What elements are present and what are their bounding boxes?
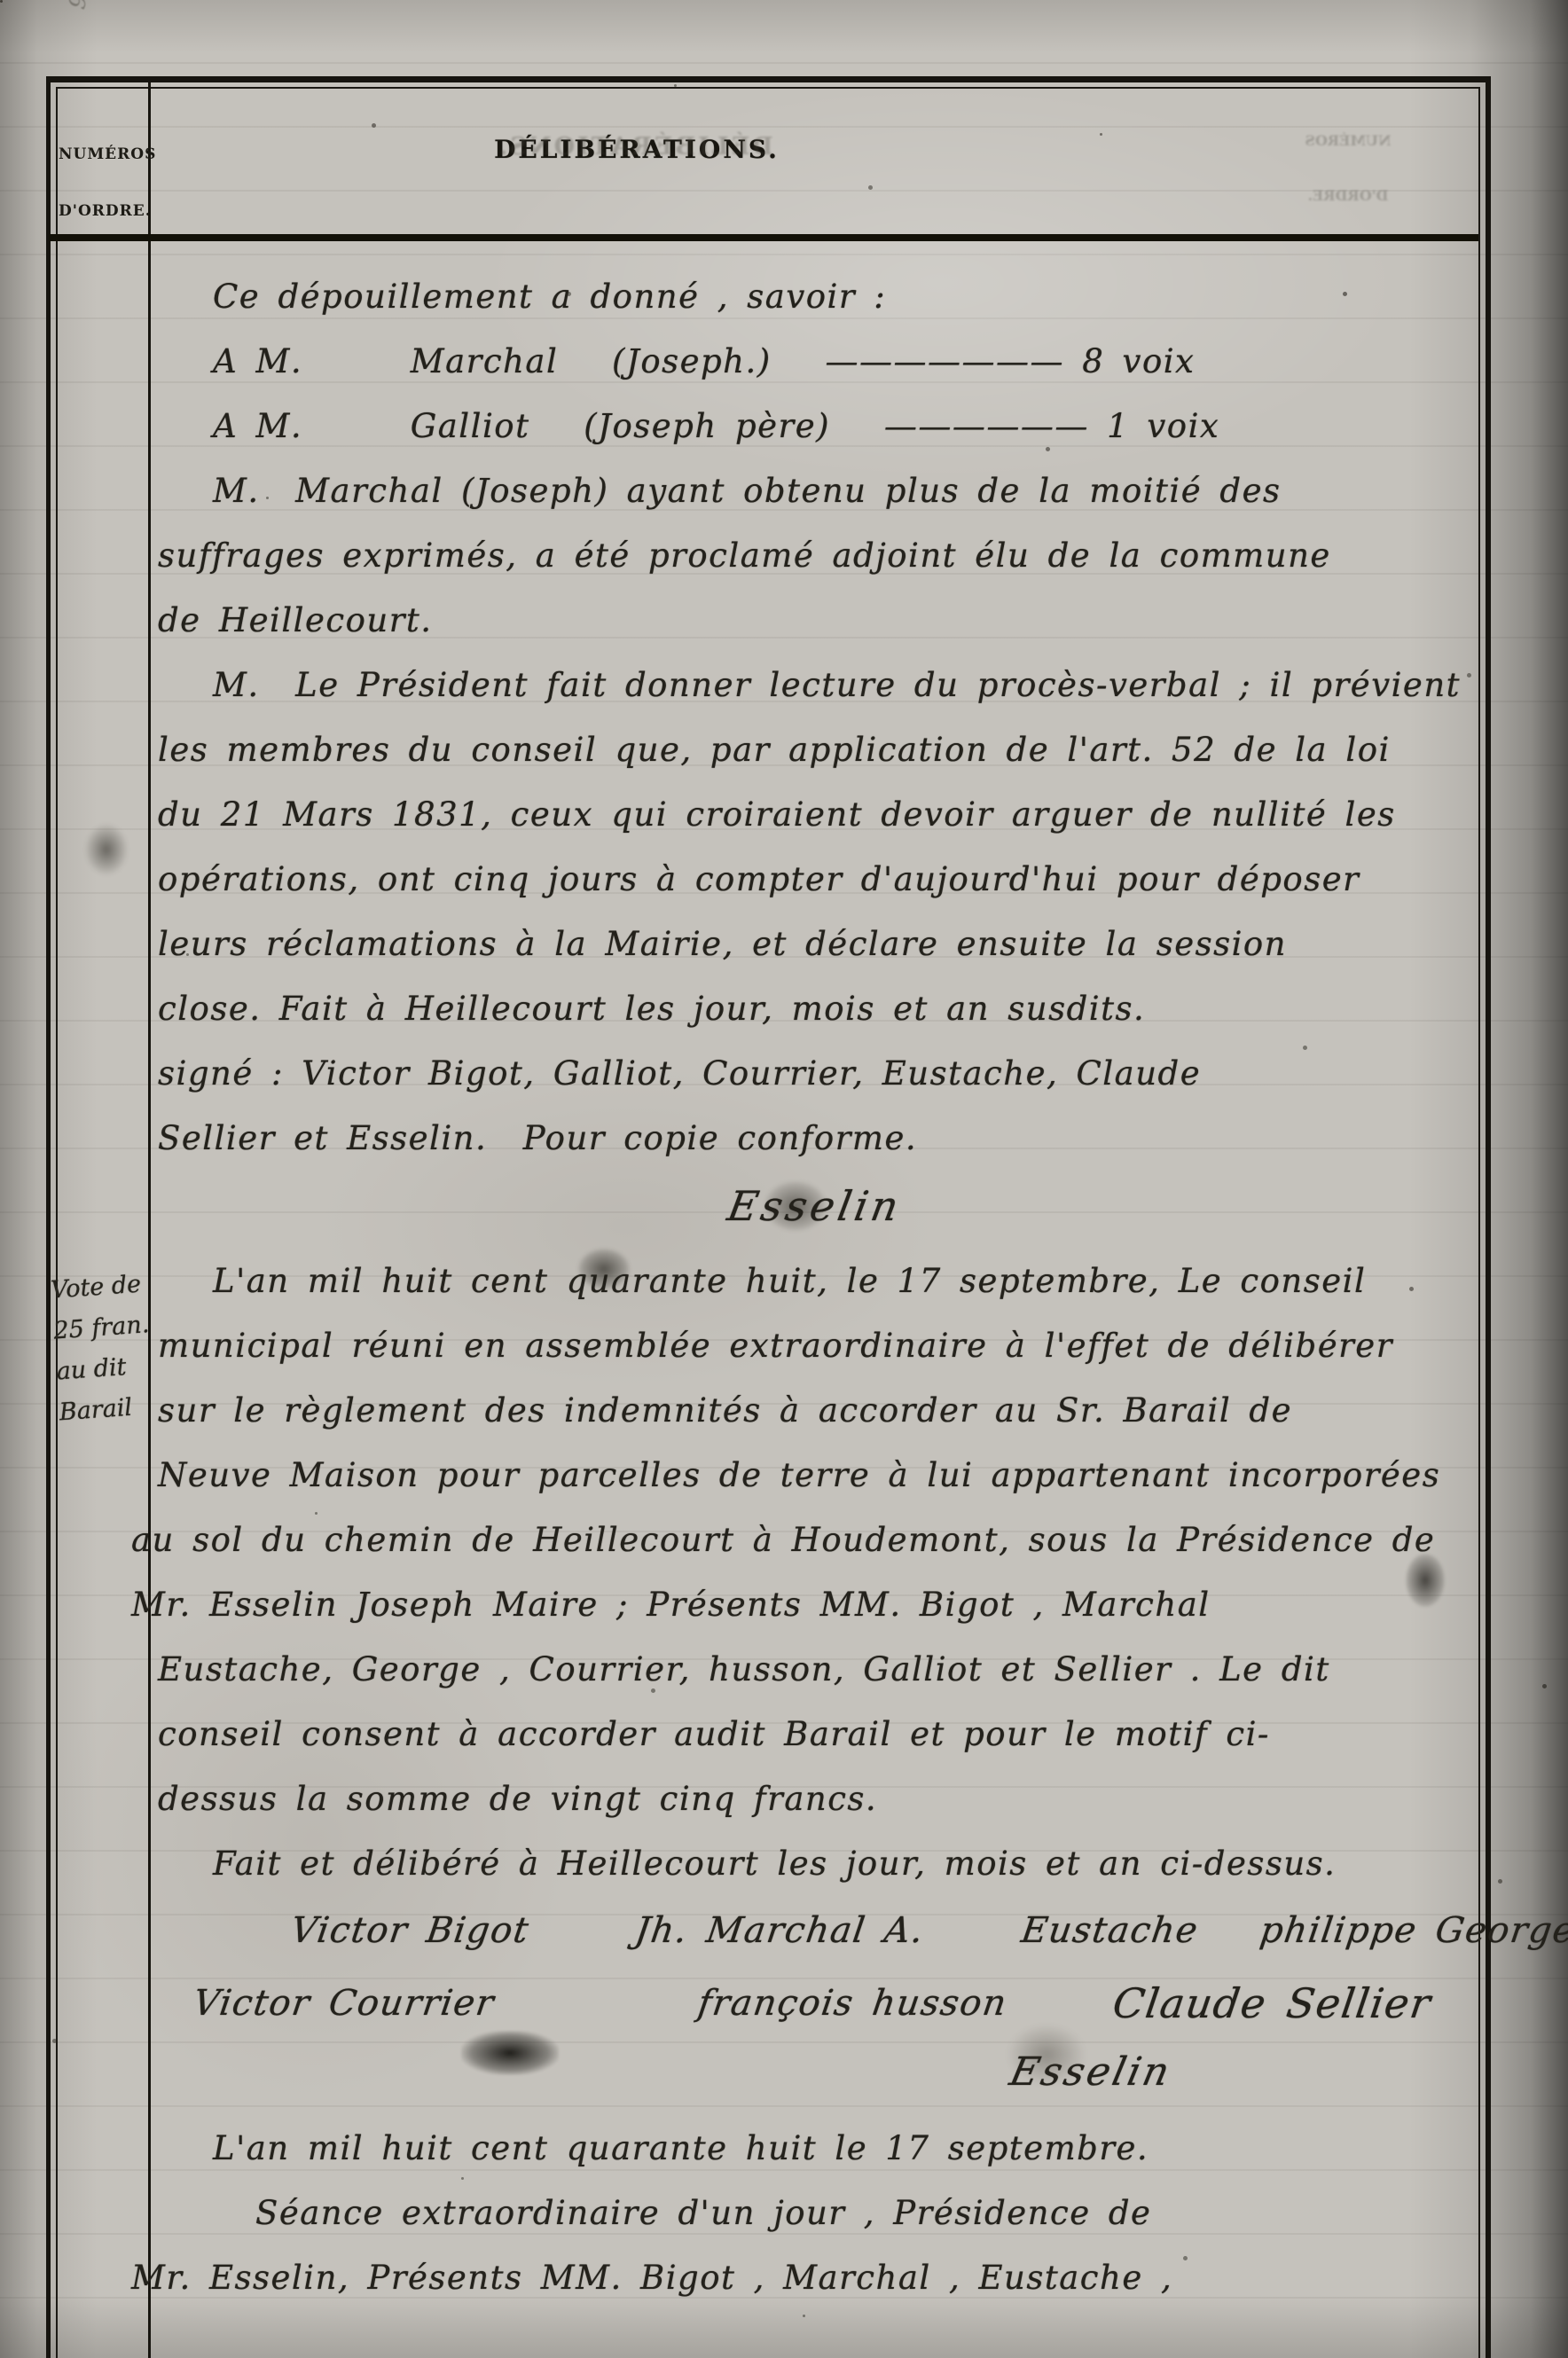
signature-francois-husson: françois husson [693,1969,1012,2041]
signature-row-2: Victor Courrier françois husson Claude S… [153,1969,1476,2041]
manuscript-line: les membres du conseil que, par applicat… [158,717,1470,782]
manuscript-line: Neuve Maison pour parcelles de terre à l… [158,1443,1470,1508]
bleedthrough-title: DÉLIBÉRATIONS. [497,133,773,161]
manuscript-line: M. Le Président fait donner lecture du p… [158,653,1470,717]
manuscript-line: dessus la somme de vingt cinq francs. [158,1767,1470,1831]
manuscript-line: Ce dépouillement a donné , savoir : [158,264,1470,329]
manuscript-line: Mr. Esselin, Présents MM. Bigot , Marcha… [131,2245,1470,2310]
ink-stain [84,823,129,876]
paper-specks [0,0,3,3]
manuscript-line: leurs réclamations à la Mairie, et décla… [158,912,1470,976]
manuscript-line: opérations, ont cinq jours à compter d'a… [158,847,1470,912]
order-column-header-line1: NUMÉROS [59,126,147,183]
manuscript-line: municipal réuni en assemblée extraordina… [158,1313,1470,1378]
signature-marchal: Jh. Marchal A. [631,1896,929,1969]
manuscript-line: Mr. Esselin Joseph Maire ; Présents MM. … [131,1572,1470,1637]
ink-stain [461,2031,559,2075]
manuscript-line: suffrages exprimés, a été proclamé adjoi… [158,523,1470,588]
register-page: 9e feuillet. NUMÉROS D'ORDRE. DÉLIBÉRATI… [0,0,1568,2358]
signature-eustache: Eustache [1016,1896,1203,1969]
ink-stain [1406,1554,1445,1607]
order-column-divider [148,82,151,2358]
manuscript-line: M. Marchal (Joseph) ayant obtenu plus de… [158,458,1470,523]
ink-stain [578,1249,630,1289]
header-bottom-rule [49,234,1478,241]
corner-folio-note: 9e feuillet. [64,0,120,12]
ink-stain [764,1181,827,1231]
manuscript-line: de Heillecourt. [158,588,1470,653]
bleedthrough-column-header: NUMÉROS D'ORDRE. [1277,114,1419,223]
signature-victor-bigot: Victor Bigot [286,1896,534,1969]
manuscript-line: Fait et délibéré à Heillecourt les jour,… [158,1831,1470,1896]
signature-esselin-final: Esselin [150,2041,1478,2116]
signature-philippe-george: philippe George [1255,1896,1568,1969]
signature-claude-sellier: Claude Sellier [1108,1969,1436,2041]
order-column-header: NUMÉROS D'ORDRE. [59,126,147,239]
manuscript-line: L'an mil huit cent quarante huit le 17 s… [158,2116,1470,2181]
manuscript-body: Ce dépouillement a donné , savoir : A M.… [158,264,1470,2310]
manuscript-line: A M. Marchal (Joseph.) ——————— 8 voix [158,329,1470,394]
signature-victor-courrier: Victor Courrier [188,1969,499,2041]
margin-note: Vote de 25 fran. au dit Barail [50,1263,176,1434]
order-column-header-line2: D'ORDRE. [59,183,147,239]
manuscript-line: L'an mil huit cent quarante huit, le 17 … [158,1249,1470,1313]
ink-stain [1007,2024,1086,2086]
manuscript-line: signé : Victor Bigot, Galliot, Courrier,… [158,1041,1470,1106]
manuscript-line: Sellier et Esselin. Pour copie conforme. [158,1106,1470,1171]
manuscript-line: sur le règlement des indemnités à accord… [158,1378,1470,1443]
manuscript-line: du 21 Mars 1831, ceux qui croiraient dev… [158,782,1470,847]
manuscript-line: Séance extraordinaire d'un jour , Présid… [158,2181,1470,2245]
manuscript-line: A M. Galliot (Joseph père) —————— 1 voix [158,394,1470,458]
manuscript-line: close. Fait à Heillecourt les jour, mois… [158,976,1470,1041]
manuscript-line: conseil consent à accorder audit Barail … [158,1702,1470,1767]
manuscript-line: au sol du chemin de Heillecourt à Houdem… [131,1508,1470,1572]
manuscript-line: Eustache, George , Courrier, husson, Gal… [158,1637,1470,1702]
signature-row-1: Victor Bigot Jh. Marchal A. Eustache phi… [153,1896,1476,1969]
